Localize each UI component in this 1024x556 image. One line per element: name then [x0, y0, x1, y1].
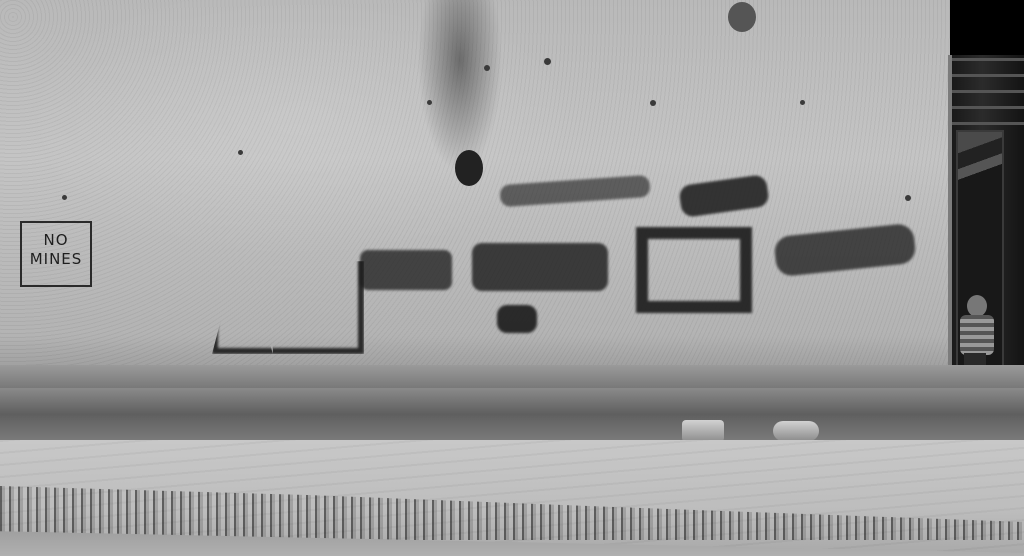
graffiti-stroke	[472, 243, 608, 291]
wall-hole	[484, 65, 490, 71]
concrete-wall	[0, 0, 950, 395]
stone-block	[682, 420, 724, 442]
window-bars	[952, 55, 1024, 125]
graffiti-stroke	[360, 250, 452, 290]
wall-hole	[800, 100, 805, 105]
wall-hole	[650, 100, 656, 106]
wall-hole	[455, 150, 483, 186]
child-body	[960, 315, 994, 355]
stone	[773, 421, 819, 441]
sign-line-2: MINES	[22, 250, 90, 269]
wall-hole	[427, 100, 432, 105]
curb	[0, 388, 1024, 442]
graffiti-box	[636, 227, 752, 313]
child-head	[967, 295, 987, 317]
graffiti-stroke	[497, 305, 537, 333]
wall-hole	[905, 195, 911, 201]
wall-hole	[544, 58, 551, 65]
wall-hole	[62, 195, 67, 200]
wall-hole	[728, 2, 756, 32]
photograph: NO MINES	[0, 0, 1024, 556]
sign-line-1: NO	[22, 231, 90, 250]
no-mines-sign: NO MINES	[20, 221, 92, 287]
wall-hole	[238, 150, 243, 155]
